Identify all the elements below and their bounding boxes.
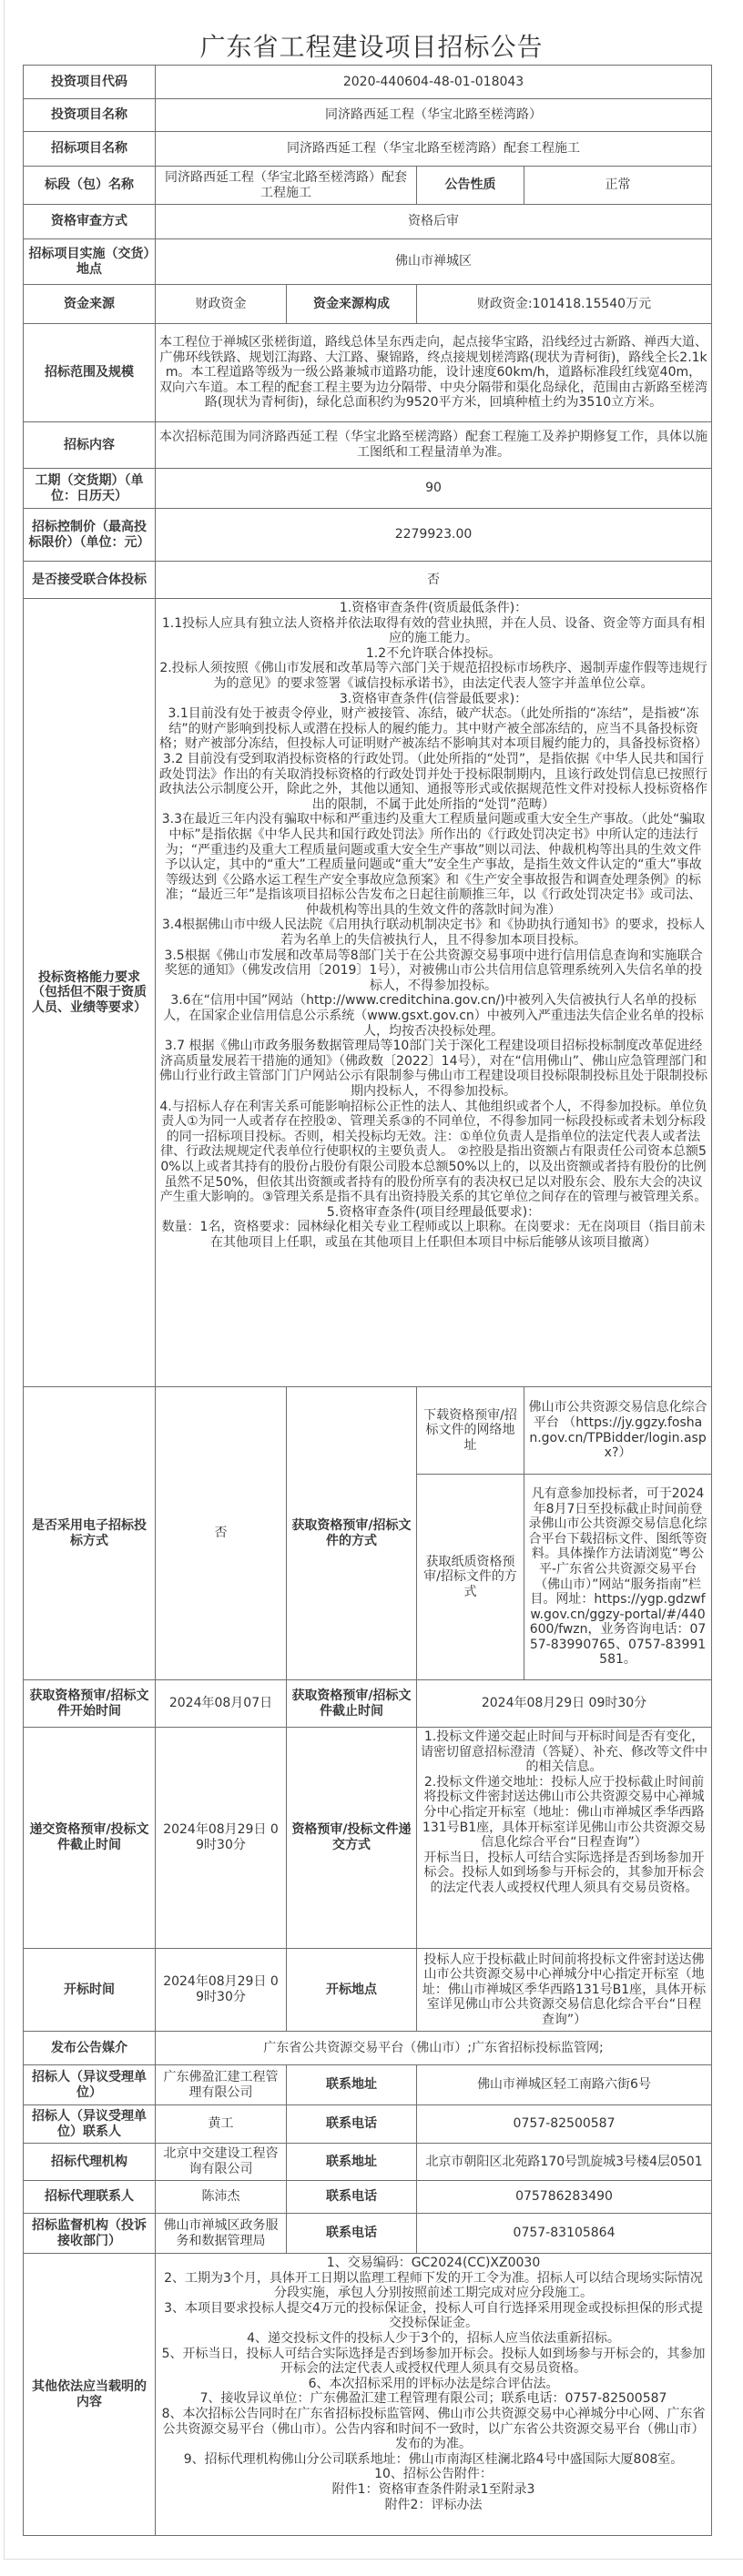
investment-name-value: 同济路西延工程（华宝北路至槎湾路）: [156, 99, 712, 132]
tenderer-phone-label: 联系电话: [287, 2105, 417, 2144]
tenderer-address-value: 佛山市禅城区轻工南路六街6号: [417, 2065, 712, 2105]
requirements-paragraph: 1.资格审查条件(资质最低条件)：: [159, 601, 707, 616]
agency-contact-label: 招标代理联系人: [24, 2181, 156, 2214]
tenderer-address-label: 联系地址: [287, 2065, 417, 2105]
row-electronic-download: 是否采用电子招标投标方式 否 获取资格预审/招标文件的方式 下载资格预审/招标文…: [24, 1387, 712, 1475]
agency-phone-value: 075786283490: [417, 2181, 712, 2214]
control-price-label: 招标控制价（最高投标限价）（单位：元）: [24, 509, 156, 562]
content-label: 招标内容: [24, 422, 156, 469]
agency-address-label: 联系地址: [287, 2144, 417, 2181]
row-other: 其他依法应当载明的内容 1、交易编码：GC2024(CC)XZ0030 2、工期…: [24, 2254, 712, 2536]
other-paragraph: 4、递交投标文件的投标人少于3个的，招标人应当依法重新招标。: [159, 2331, 707, 2347]
row-obtain-time: 获取资格预审/招标文件开始时间 2024年08月07日 获取资格预审/招标文件截…: [24, 1680, 712, 1728]
requirements-paragraph: 2.投标人须按照《佛山市发展和改革局等六部门关于规范招投标市场秩序、遏制弄虚作假…: [159, 661, 707, 691]
investment-code-value: 2020-440604-48-01-018043: [156, 66, 712, 99]
requirements-label: 投标资格能力要求（包括但不限于资质人员、业绩等要求）: [24, 599, 156, 1387]
obtain-end-label: 获取资格预审/招标文件截止时间: [287, 1680, 417, 1728]
other-paragraph: 5、开标当日，投标人可结合实际选择是否到场参加开标会。投标人如到场参与开标会的，…: [159, 2347, 707, 2377]
tenderer-contact-value: 黄工: [156, 2105, 287, 2144]
notice-nature-label: 公告性质: [417, 167, 524, 205]
location-value: 佛山市禅城区: [156, 239, 712, 285]
media-label: 发布公告媒介: [24, 2032, 156, 2065]
requirements-paragraph: 3.4根据佛山市中级人民法院《启用执行联动机制决定书》和《协助执行通知书》的要求…: [159, 918, 707, 948]
row-supervisor: 招标监督机构（投诉接收部门） 佛山市禅城区政务服务和数据管理局 联系电话 075…: [24, 2214, 712, 2254]
supervisor-phone-value: 0757-83105864: [417, 2214, 712, 2254]
qualification-review-value: 资格后审: [156, 205, 712, 239]
submission-deadline-label: 递交资格预审/投标文件截止时间: [24, 1728, 156, 1949]
requirements-paragraph: 1.1投标人应具有独立法人资格并依法取得有效的营业执照，并在人员、设备、资金等方…: [159, 616, 707, 646]
requirements-value: 1.资格审查条件(资质最低条件)： 1.1投标人应具有独立法人资格并依法取得有效…: [156, 599, 712, 1387]
row-section-name: 标段（包）名称 同济路西延工程（华宝北路至槎湾路）配套工程施工 公告性质 正常: [24, 167, 712, 205]
consortium-value: 否: [156, 562, 712, 599]
opening-time-label: 开标时间: [24, 1949, 156, 2032]
consortium-label: 是否接受联合体投标: [24, 562, 156, 599]
other-paragraph: 8、本次招标公告同时在广东省招标投标监管网、佛山市公共资源交易中心禅城分中心网、…: [159, 2407, 707, 2452]
opening-time-value: 2024年08月29日 09时30分: [156, 1949, 287, 2032]
other-paragraph: 6、本次招标采用的评标办法是综合评估法。: [159, 2377, 707, 2392]
row-investment-code: 投资项目代码 2020-440604-48-01-018043: [24, 66, 712, 99]
requirements-paragraph: 3.7 根据《佛山市政务服务数据管理局等10部门关于深化工程建设项目招标投标制度…: [159, 1039, 707, 1099]
other-paragraph: 3、本项目要求投标人提交4万元的投标保证金，投标人可自行选择采用现金或投标担保的…: [159, 2301, 707, 2331]
row-tenderer-contact: 招标人（异议受理单位）联系人 黄工 联系电话 0757-82500587: [24, 2105, 712, 2144]
row-tenderer: 招标人（异议受理单位） 广东佛盈汇建工程管理有限公司 联系地址 佛山市禅城区轻工…: [24, 2065, 712, 2105]
section-name-value: 同济路西延工程（华宝北路至槎湾路）配套工程施工: [156, 167, 417, 205]
row-opening: 开标时间 2024年08月29日 09时30分 开标地点 投标人应于投标截止时间…: [24, 1949, 712, 2032]
requirements-paragraph: 3.3在最近三年内没有骗取中标和严重违约及重大工程质量问题或重大安全生产事故。（…: [159, 812, 707, 918]
tender-project-name-label: 招标项目名称: [24, 132, 156, 167]
other-paragraph: 10、招标公告附件：: [159, 2467, 707, 2482]
page-title: 广东省工程建设项目招标公告: [0, 27, 743, 64]
row-submission: 递交资格预审/投标文件截止时间 2024年08月29日 09时30分 资格预审/…: [24, 1728, 712, 1949]
funding-composition-value: 财政资金:101418.15540万元: [417, 285, 712, 324]
row-control-price: 招标控制价（最高投标限价）（单位：元） 2279923.00: [24, 509, 712, 562]
row-funding: 资金来源 财政资金 资金来源构成 财政资金:101418.15540万元: [24, 285, 712, 324]
notice-nature-value: 正常: [524, 167, 712, 205]
download-address-value[interactable]: 佛山市公共资源交易信息化综合平台 （https://jy.ggzy.foshan…: [524, 1387, 712, 1475]
attachment-link[interactable]: 附件2：评标办法: [159, 2498, 707, 2513]
opening-place-value: 投标人应于投标截止时间前将投标文件密封送达佛山市公共资源交易中心禅城分中心指定开…: [417, 1949, 712, 2032]
download-address-label: 下载资格预审/招标文件的网络地址: [417, 1387, 524, 1475]
funding-composition-label: 资金来源构成: [287, 285, 417, 324]
requirements-paragraph: 3.5根据《佛山市发展和改革局等8部门关于在公共资源交易事项中进行信用信息查询和…: [159, 948, 707, 994]
obtain-start-value: 2024年08月07日: [156, 1680, 287, 1728]
requirements-paragraph: 3.资格审查条件(信誉最低要求)：: [159, 692, 707, 707]
requirements-paragraph: 3.1目前没有处于被责令停业，财产被接管、冻结，破产状态。（此处所指的“冻结”，…: [159, 706, 707, 752]
agency-contact-value: 陈沛杰: [156, 2181, 287, 2214]
submission-paragraph: 开标当日，投标人可结合实际选择是否到场参加开标会。投标人如到场参与开标会的，其参…: [421, 1851, 707, 1896]
row-duration: 工期（交货期）（单位：日历天） 90: [24, 469, 712, 509]
obtain-start-label: 获取资格预审/招标文件开始时间: [24, 1680, 156, 1728]
section-name-label: 标段（包）名称: [24, 167, 156, 205]
requirements-paragraph: 数量：1名，资格要求：园林绿化相关专业工程师或以上职称。在岗要求：无在岗项目（指…: [159, 1220, 707, 1250]
agency-address-value: 北京市朝阳区北苑路170号凯旋城3号楼4层0501: [417, 2144, 712, 2181]
agency-label: 招标代理机构: [24, 2144, 156, 2181]
requirements-paragraph: 3.6在“信用中国”网站（http://www.creditchina.gov.…: [159, 993, 707, 1039]
obtain-end-value: 2024年08月29日 09时30分: [417, 1680, 712, 1728]
investment-name-label: 投资项目名称: [24, 99, 156, 132]
electronic-value: 否: [156, 1387, 287, 1680]
row-requirements: 投标资格能力要求（包括但不限于资质人员、业绩等要求） 1.资格审查条件(资质最低…: [24, 599, 712, 1387]
funding-label: 资金来源: [24, 285, 156, 324]
electronic-label: 是否采用电子招标投标方式: [24, 1387, 156, 1680]
tenderer-contact-label: 招标人（异议受理单位）联系人: [24, 2105, 156, 2144]
supervisor-phone-label: 联系电话: [287, 2214, 417, 2254]
submission-method-value: 1.投标文件递交起止时间与开标时间是否有变化，请密切留意招标澄清（答疑）、补充、…: [417, 1728, 712, 1949]
row-location: 招标项目实施（交货）地点 佛山市禅城区: [24, 239, 712, 285]
other-paragraph: 1、交易编码：GC2024(CC)XZ0030: [159, 2256, 707, 2271]
requirements-paragraph: 5.资格审查条件(项目经理最低要求)：: [159, 1205, 707, 1221]
tenderer-value: 广东佛盈汇建工程管理有限公司: [156, 2065, 287, 2105]
duration-value: 90: [156, 469, 712, 509]
supervisor-value: 佛山市禅城区政务服务和数据管理局: [156, 2214, 287, 2254]
other-paragraph: 7、接收异议单位：广东佛盈汇建工程管理有限公司；联系电话：0757-825005…: [159, 2391, 707, 2407]
paper-method-label: 获取纸质资格预审/招标文件的方式: [417, 1475, 524, 1680]
scope-value: 本工程位于禅城区张槎街道，路线总体呈东西走向，起点接华宝路，沿线经过古新路、禅西…: [156, 324, 712, 422]
content-value: 本次招标范围为同济路西延工程（华宝北路至槎湾路）配套工程施工及养护期修复工作，具…: [156, 422, 712, 469]
tender-project-name-value: 同济路西延工程（华宝北路至槎湾路）配套工程施工: [156, 132, 712, 167]
agency-value: 北京中交建设工程咨询有限公司: [156, 2144, 287, 2181]
tenderer-label: 招标人（异议受理单位）: [24, 2065, 156, 2105]
agency-phone-label: 联系电话: [287, 2181, 417, 2214]
paper-method-value: 凡有意参加投标者，可于2024年8月7日至投标截止时间前登录佛山市公共资源交易信…: [524, 1475, 712, 1680]
qualification-review-label: 资格审查方式: [24, 205, 156, 239]
row-scope: 招标范围及规模 本工程位于禅城区张槎街道，路线总体呈东西走向，起点接华宝路，沿线…: [24, 324, 712, 422]
duration-label: 工期（交货期）（单位：日历天）: [24, 469, 156, 509]
location-label: 招标项目实施（交货）地点: [24, 239, 156, 285]
row-tender-project-name: 招标项目名称 同济路西延工程（华宝北路至槎湾路）配套工程施工: [24, 132, 712, 167]
submission-paragraph: 2.投标文件递交地址：投标人应于投标截止时间前将投标文件密封送达佛山市公共资源交…: [421, 1775, 707, 1851]
investment-code-label: 投资项目代码: [24, 66, 156, 99]
submission-deadline-value: 2024年08月29日 09时30分: [156, 1728, 287, 1949]
requirements-paragraph: 4.与招标人存在利害关系可能影响招标公正性的法人、其他组织或者个人，不得参加投标…: [159, 1100, 707, 1205]
submission-method-label: 资格预审/投标文件递交方式: [287, 1728, 417, 1949]
row-content: 招标内容 本次招标范围为同济路西延工程（华宝北路至槎湾路）配套工程施工及养护期修…: [24, 422, 712, 469]
attachment-link[interactable]: 附件1：资格审查条件附录1至附录3: [159, 2482, 707, 2498]
funding-value: 财政资金: [156, 285, 287, 324]
opening-place-label: 开标地点: [287, 1949, 417, 2032]
other-value: 1、交易编码：GC2024(CC)XZ0030 2、工期为3个月，具体开工日期以…: [156, 2254, 712, 2536]
other-label: 其他依法应当载明的内容: [24, 2254, 156, 2536]
requirements-paragraph: 1.2不允许联合体投标。: [159, 646, 707, 662]
notice-table: 投资项目代码 2020-440604-48-01-018043 投资项目名称 同…: [23, 65, 712, 2536]
control-price-value: 2279923.00: [156, 509, 712, 562]
row-agency-contact: 招标代理联系人 陈沛杰 联系电话 075786283490: [24, 2181, 712, 2214]
scope-label: 招标范围及规模: [24, 324, 156, 422]
obtain-method-label: 获取资格预审/招标文件的方式: [287, 1387, 417, 1680]
row-qualification-review: 资格审查方式 资格后审: [24, 205, 712, 239]
submission-paragraph: 1.投标文件递交起止时间与开标时间是否有变化，请密切留意招标澄清（答疑）、补充、…: [421, 1729, 707, 1775]
other-paragraph: 9、招标代理机构佛山分公司联系地址：佛山市南海区桂澜北路4号中盛国际大厦808室…: [159, 2452, 707, 2468]
supervisor-label: 招标监督机构（投诉接收部门）: [24, 2214, 156, 2254]
requirements-paragraph: 3.2 目前没有受到取消投标资格的行政处罚。（此处所指的“处罚”，是指依据《中华…: [159, 752, 707, 812]
row-investment-name: 投资项目名称 同济路西延工程（华宝北路至槎湾路）: [24, 99, 712, 132]
other-paragraph: 2、工期为3个月，具体开工日期以监理工程师下发的开工令为准。招标人可以结合现场实…: [159, 2271, 707, 2301]
tenderer-phone-value: 0757-82500587: [417, 2105, 712, 2144]
row-agency: 招标代理机构 北京中交建设工程咨询有限公司 联系地址 北京市朝阳区北苑路170号…: [24, 2144, 712, 2181]
row-consortium: 是否接受联合体投标 否: [24, 562, 712, 599]
row-media: 发布公告媒介 广东省公共资源交易平台（佛山市）;广东省招标投标监管网;: [24, 2032, 712, 2065]
media-value: 广东省公共资源交易平台（佛山市）;广东省招标投标监管网;: [156, 2032, 712, 2065]
